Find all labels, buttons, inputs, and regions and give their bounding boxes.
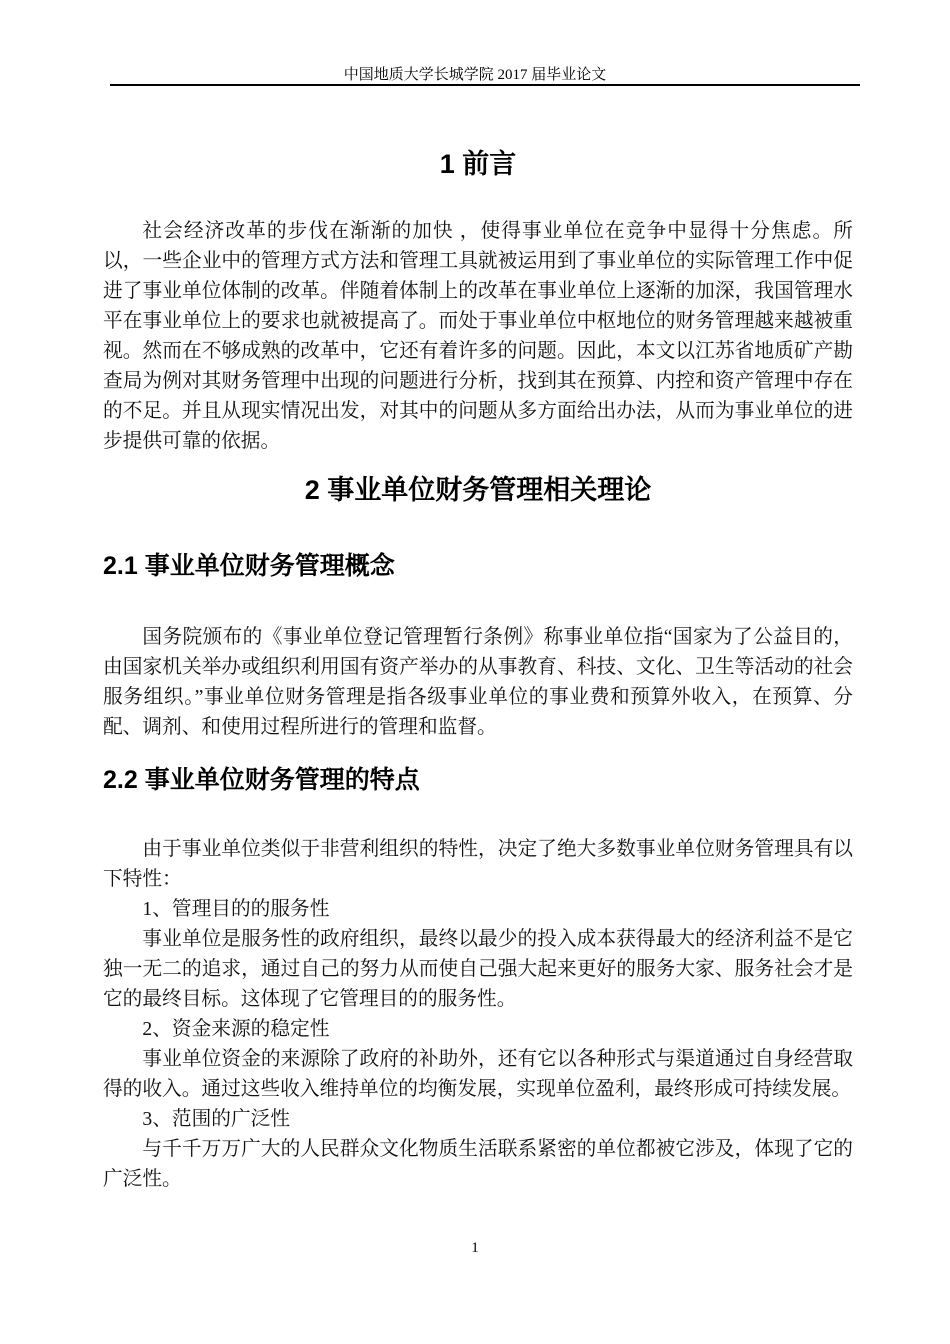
document-page: 中国地质大学长城学院 2017 届毕业论文 1 前言 社会经济改革的步伐在渐渐的… (0, 0, 950, 1344)
chapter-2-heading: 2 事业单位财务管理相关理论 (103, 476, 853, 506)
feature-item-title: 2、资金来源的稳定性 (103, 1014, 853, 1044)
feature-item-body: 与千千万万广大的人民群众文化物质生活联系紧密的单位都被它涉及，体现了它的广泛性。 (103, 1134, 853, 1194)
feature-item-title: 1、管理目的的服务性 (103, 894, 853, 924)
section-2-1-heading: 2.1 事业单位财务管理概念 (103, 553, 395, 581)
section-2-2-heading: 2.2 事业单位财务管理的特点 (103, 767, 420, 795)
section-2-2-intro-paragraph: 由于事业单位类似于非营利组织的特性，决定了绝大多数事业单位财务管理具有以下特性： (103, 834, 853, 894)
section-2-1-paragraph: 国务院颁布的《事业单位登记管理暂行条例》称事业单位指“国家为了公益目的，由国家机… (103, 622, 853, 742)
running-header: 中国地质大学长城学院 2017 届毕业论文 (0, 66, 950, 84)
chapter-1-paragraph: 社会经济改革的步伐在渐渐的加快 ，使得事业单位在竞争中显得十分焦虑。所以，一些企… (103, 216, 853, 456)
chapter-1-heading: 1 前言 (103, 150, 853, 180)
section-2-2-content: 由于事业单位类似于非营利组织的特性，决定了绝大多数事业单位财务管理具有以下特性：… (103, 834, 853, 1194)
page-number: 1 (0, 1240, 950, 1257)
header-divider (110, 84, 860, 86)
feature-item-title: 3、范围的广泛性 (103, 1104, 853, 1134)
feature-item-body: 事业单位是服务性的政府组织，最终以最少的投入成本获得最大的经济利益不是它独一无二… (103, 924, 853, 1014)
feature-item-body: 事业单位资金的来源除了政府的补助外，还有它以各种形式与渠道通过自身经营取得的收入… (103, 1044, 853, 1104)
